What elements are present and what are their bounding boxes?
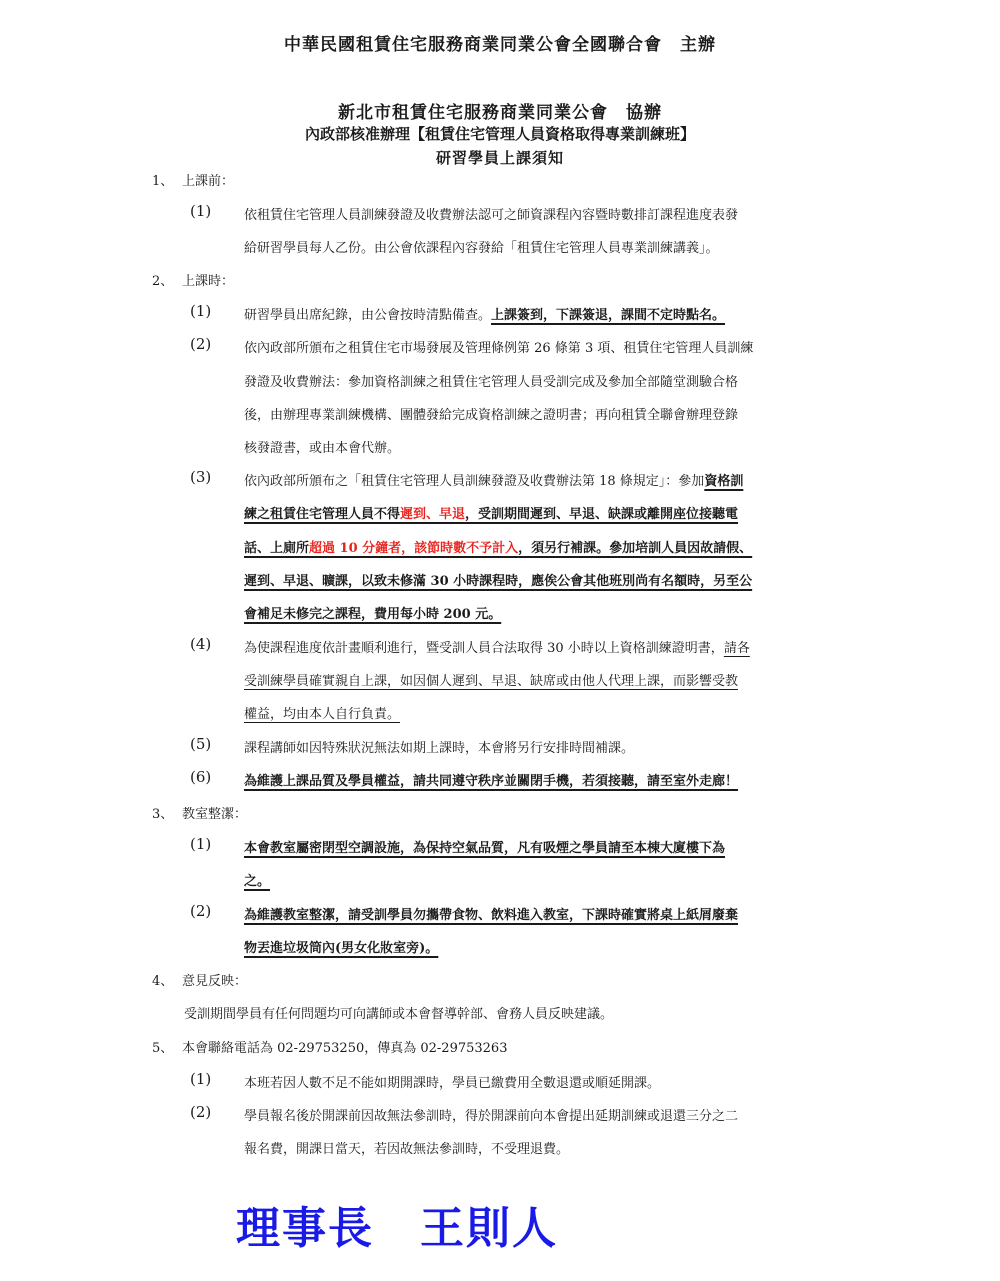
item-text-line: 學員報名後於開課前因故無法參訓時，得於開課前向本會提出延期訓練或退還三分之二 (244, 1105, 738, 1124)
course-subtitle: 內政部核准辦理【租賃住宅管理人員資格取得專業訓練班】 (0, 123, 1000, 144)
item-number: (2) (190, 1103, 211, 1121)
page-title: 研習學員上課須知 (0, 147, 1000, 168)
section-heading-5: 5、本會聯絡電話為 02-29753250，傳真為 02-29753263 (152, 1037, 507, 1056)
item-text-line: 課程講師如因特殊狀況無法如期上課時，本會將另行安排時間補課。 (244, 737, 634, 756)
item-text-line: 依租賃住宅管理人員訓練發證及收費辦法認可之師資課程內容暨時數排訂課程進度表發 (244, 204, 738, 223)
item-text-line: 之。 (244, 870, 270, 889)
item-number: (2) (190, 335, 211, 353)
item-text-line: 為維護上課品質及學員權益，請共同遵守秩序並關閉手機，若須接聽，請至室外走廊！ (244, 770, 738, 789)
item-number: (3) (190, 468, 211, 486)
section-heading-2: 2、上課時： (152, 270, 234, 289)
item-text-line: 權益，均由本人自行負責。 (244, 703, 400, 722)
item-text-line: 本會教室屬密閉型空調設施，為保持空氣品質，凡有吸煙之學員請至本棟大廈樓下為 (244, 837, 725, 856)
item-number: (1) (190, 835, 211, 853)
item-number: (1) (190, 202, 211, 220)
item-number: (1) (190, 1070, 211, 1088)
item-number: (4) (190, 635, 211, 653)
item-number: (5) (190, 735, 211, 753)
item-text-line: 核發證書，或由本會代辦。 (244, 437, 400, 456)
item-number: (2) (190, 902, 211, 920)
section-heading-4: 4、意見反映： (152, 970, 247, 989)
section-text: 受訓期間學員有任何問題均可向講師或本會督導幹部、會務人員反映建議。 (184, 1003, 613, 1022)
item-number: (6) (190, 768, 211, 786)
section-heading-3: 3、教室整潔： (152, 803, 247, 822)
item-text-line: 受訓練學員確實親自上課，如因個人遲到、早退、缺席或由他人代理上課，而影響受教 (244, 670, 738, 689)
red-emphasis-text: 遲到、早退 (400, 507, 465, 522)
item-text-line: 練之租賃住宅管理人員不得遲到、早退，受訓期間遲到、早退、缺課或離開座位接聽電 (244, 503, 738, 522)
co-organizer-heading: 新北市租賃住宅服務商業同業公會 協辦 (0, 98, 1000, 123)
emphasis-text: 上課簽到，下課簽退，課間不定時點名。 (491, 308, 725, 323)
item-text-line: 會補足未修完之課程，費用每小時 200 元。 (244, 603, 501, 622)
item-text-line: 研習學員出席紀錄，由公會按時清點備查。上課簽到，下課簽退，課間不定時點名。 (244, 304, 725, 323)
item-text-line: 為維護教室整潔，請受訓學員勿攜帶食物、飲料進入教室，下課時確實將桌上紙屑廢棄 (244, 904, 738, 923)
item-text-line: 遲到、早退、曠課，以致未修滿 30 小時課程時，應俟公會其他班別尚有名額時，另至… (244, 570, 752, 589)
item-text-line: 後，由辦理專業訓練機構、團體發給完成資格訓練之證明書；再向租賃全聯會辦理登錄 (244, 404, 738, 423)
item-text-line: 依內政部所頒布之租賃住宅市場發展及管理條例第 26 條第 3 項、租賃住宅管理人… (244, 337, 753, 356)
item-text-line: 依內政部所頒布之「租賃住宅管理人員訓練發證及收費辦法第 18 條規定」：參加資格… (244, 470, 743, 489)
red-emphasis-text: 超過 10 分鐘者，該節時數不予計入 (309, 541, 518, 556)
item-number: (1) (190, 302, 211, 320)
item-text-line: 本班若因人數不足不能如期開課時，學員已繳費用全數退還或順延開課。 (244, 1072, 660, 1091)
item-text-line: 話、上廁所超過 10 分鐘者，該節時數不予計入，須另行補課。參加培訓人員因故請假… (244, 537, 752, 556)
section-heading-1: 1、上課前： (152, 170, 234, 189)
organizer-heading: 中華民國租賃住宅服務商業同業公會全國聯合會 主辦 (0, 30, 1000, 55)
chairman-signature: 理事長 王則人 (236, 1192, 558, 1256)
item-text-line: 物丟進垃圾筒內(男女化妝室旁)。 (244, 937, 438, 956)
item-text-line: 發證及收費辦法：參加資格訓練之租賃住宅管理人員受訓完成及參加全部隨堂測驗合格 (244, 371, 738, 390)
item-text-line: 報名費，開課日當天，若因故無法參訓時，不受理退費。 (244, 1138, 569, 1157)
item-text-line: 為使課程進度依計畫順利進行，暨受訓人員合法取得 30 小時以上資格訓練證明書，請… (244, 637, 750, 656)
item-text-line: 給研習學員每人乙份。由公會依課程內容發給「租賃住宅管理人員專業訓練講義」。 (244, 237, 719, 256)
